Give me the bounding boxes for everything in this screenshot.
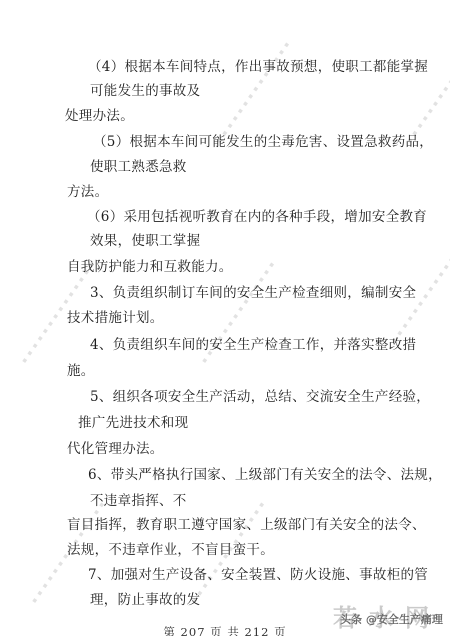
text-line: （4）根据本车间特点，作出事故预想，使职工都能掌握 xyxy=(88,59,428,75)
text-line: 效果，使职工掌握 xyxy=(90,233,200,249)
diagonal-watermark: ▪ ▪ ▪ ▪ ▪ ▪ ▪ ▪ ▪ ▪ ▪ ▪ ▪ ▪ xyxy=(215,40,292,145)
text-line: 代化管理办法。 xyxy=(67,441,164,457)
diagonal-watermark: ▪ ▪ ▪ ▪ ▪ ▪ ▪ ▪ ▪ ▪ ▪ ▪ ▪ ▪ xyxy=(405,40,450,145)
text-line: 不违章指挥、不 xyxy=(90,493,187,509)
text-line: 3、负责组织制订车间的安全生产检查细则，编制安全 xyxy=(90,285,416,301)
text-line: 自我防护能力和互救能力。 xyxy=(67,259,233,275)
text-line: （6）采用包括视听教育在内的各种手段，增加安全教育 xyxy=(87,209,427,225)
text-line: 6、带头严格执行国家、上级部门有关安全的法令、法规， xyxy=(88,467,442,483)
text-line: （5）根据本车间可能发生的尘毒危害、设置急救药品， xyxy=(93,134,433,150)
text-line: 5、组织各项安全生产活动，总结、交流安全生产经验， xyxy=(90,389,430,405)
text-line: 7、加强对生产设备、安全装置、防火设施、事故柜的管 xyxy=(88,567,428,583)
document-page: ▪ ▪ ▪ ▪ ▪ ▪ ▪ ▪ ▪ ▪ ▪ ▪ ▪ ▪ ▪ ▪ ▪ ▪ ▪ ▪ … xyxy=(0,0,450,636)
site-watermark-logo: 若水网 头条 @安全生产痛理 xyxy=(332,598,442,632)
text-line: 4、负责组织车间的安全生产检查工作，并落实整改措 xyxy=(90,337,416,353)
text-line: 处理办法。 xyxy=(65,108,134,124)
text-line: 推广先进技术和现 xyxy=(78,415,188,431)
text-line: 盲目指挥，教育职工遵守国家、上级部门有关安全的法令、 xyxy=(67,517,426,533)
text-line: 使职工熟悉急救 xyxy=(90,159,187,175)
text-line: 技术措施计划。 xyxy=(67,310,164,326)
text-line: 理，防止事故的发 xyxy=(90,592,200,608)
text-line: 方法。 xyxy=(67,184,108,200)
account-watermark-text: 头条 @安全生产痛理 xyxy=(340,611,443,627)
text-line: 可能发生的事故及 xyxy=(90,83,200,99)
text-line: 法规，不违章作业，不盲目蛮干。 xyxy=(67,542,274,558)
text-line: 施。 xyxy=(67,363,95,379)
